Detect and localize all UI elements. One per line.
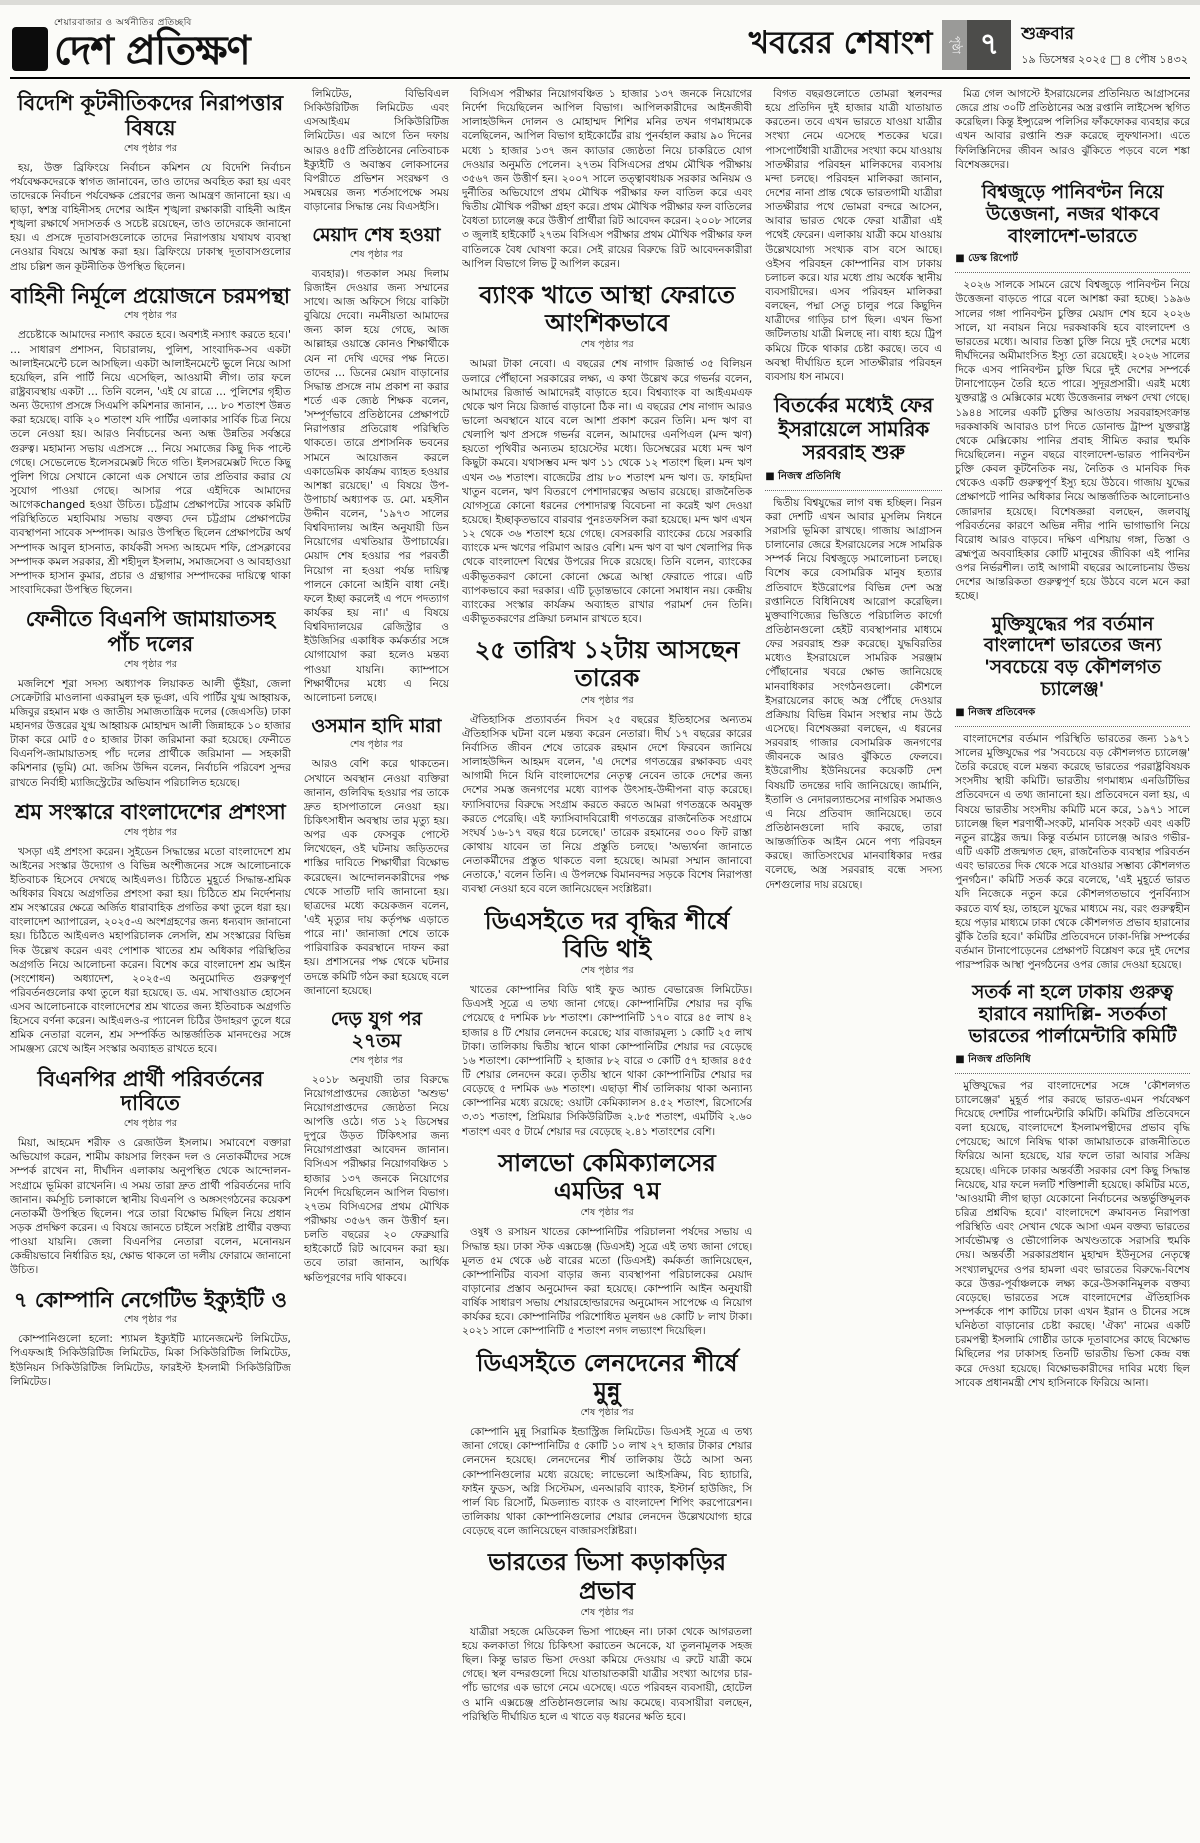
masthead-title: দেশ প্রতিক্ষণ: [54, 31, 250, 71]
article-headline: বিদেশি কূটনীতিকদের নিরাপত্তার বিষয়ে: [10, 91, 291, 141]
date-line: ১৯ ডিসেম্বর ২০২৫ □ ৪ পৌষ ১৪৩২: [1021, 51, 1188, 70]
article-headline: বিএনপির প্রার্থী পরিবর্তনের দাবিতে: [10, 1067, 291, 1117]
column-1: বিদেশি কূটনীতিকদের নিরাপত্তার বিষয়েশেষ …: [10, 87, 291, 1839]
article: ২৫ তারিখ ১২টায় আসছেন তারেকশেষ পৃষ্ঠার প…: [462, 636, 752, 896]
continued-from-note: শেষ পৃষ্ঠার পর: [304, 738, 449, 753]
article: বিদেশি কূটনীতিকদের নিরাপত্তার বিষয়েশেষ …: [10, 91, 291, 274]
article-body: বিগত বছরগুলোতে তোমরা স্থলবন্দর হয়ে প্রত…: [765, 87, 942, 384]
article-body: দ্বিতীয় বিশ্বযুদ্ধের লাগ বন্ধ হচ্ছিল। ন…: [765, 496, 942, 892]
byline: ■ নিজস্ব প্রতিবেদক: [955, 705, 1190, 722]
article-headline: ফেনীতে বিএনপি জামায়াতসহ পাঁচ দলের: [10, 607, 291, 657]
article: ভারতের ভিসা কড়াকড়ির প্রভাবশেষ পৃষ্ঠার …: [462, 1548, 752, 1724]
article-headline: ওসমান হাদি মারা: [304, 715, 449, 737]
article: ৭ কোম্পানি নেগেটিভ ইক্যুইটি ওশেষ পৃষ্ঠার…: [10, 1288, 291, 1389]
article-body: খাতের কোম্পানির বিডি থাই ফুড অ্যান্ড বেভ…: [462, 983, 752, 1139]
continued-from-note: শেষ পৃষ্ঠার পর: [462, 1406, 752, 1421]
article: ফেনীতে বিএনপি জামায়াতসহ পাঁচ দলেরশেষ পৃ…: [10, 607, 291, 790]
section-title: খবরের শেষাংশ: [749, 19, 933, 71]
column-3: বিসিএস পরীক্ষার নিয়োগবঞ্চিত ১ হাজার ১৩৭…: [462, 87, 752, 1839]
article-body: ২০১৮ অনুযায়ী তার বিরুদ্ধে নিয়োগপ্রাপ্ত…: [304, 1073, 449, 1285]
article-body: লিমিটেড, বিভিবিএল সিকিউরিটিজ লিমিটেড এবং…: [304, 87, 449, 214]
article-headline: বিশ্বজুড়ে পানিবণ্টন নিয়ে উত্তেজনা, নজর…: [955, 182, 1190, 247]
continued-from-note: শেষ পৃষ্ঠার পর: [10, 309, 291, 324]
article-headline: সতর্ক না হলে ঢাকায় গুরুত্ব হারাবে নয়াদ…: [955, 982, 1190, 1047]
article-body: বাংলাদেশের বর্তমান পরিস্থিতি ভারতের জন্য…: [955, 732, 1190, 972]
article-body: ঐতিহাসিক প্রত্যাবর্তন দিবস ২৫ বছরের ইতিহ…: [462, 713, 752, 897]
article-body: কোম্পানিগুলো হলো: শ্যামল ইক্যুইটি ম্যানে…: [10, 1332, 291, 1389]
article-headline: দেড় যুগ পর ২৭তম: [304, 1008, 449, 1053]
byline-divider: [955, 724, 1190, 727]
article: বিসিএস পরীক্ষার নিয়োগবঞ্চিত ১ হাজার ১৩৭…: [462, 87, 752, 271]
byline-divider: [955, 1071, 1190, 1074]
continued-from-note: শেষ পৃষ্ঠার পর: [10, 658, 291, 673]
article: ডিএসইতে দর বৃদ্ধির শীর্ষে বিডি থাইশেষ পৃ…: [462, 907, 752, 1139]
article: মেয়াদ শেষ হওয়াশেষ পৃষ্ঠার পরব্যবহার)। …: [304, 224, 449, 705]
article-body: ২০২৬ সালকে সামনে রেখে বিশ্বজুড়ে পানিবণ্…: [955, 278, 1190, 603]
article-headline: বিতর্কের মধ্যেই ফের ইসরায়েলে সামরিক সরব…: [765, 394, 942, 465]
article-headline: ডিএসইতে দর বৃদ্ধির শীর্ষে বিডি থাই: [462, 907, 752, 964]
continued-from-note: শেষ পৃষ্ঠার পর: [304, 1054, 449, 1069]
article-body: আমরা টাকা নেবো। এ বছরের শেষ নাগাদ রিজার্…: [462, 357, 752, 626]
byline: ■ নিজস্ব প্রতিনিধি: [955, 1052, 1190, 1069]
column-4: বিগত বছরগুলোতে তোমরা স্থলবন্দর হয়ে প্রত…: [765, 87, 942, 1839]
article-body: কোম্পানি মুন্নু সিরামিক ইন্ডাস্ট্রিজ লিম…: [462, 1425, 752, 1538]
article-body: মজলিশে শূরা সদস্য অধ্যাপক লিয়াকত আলী ভূ…: [10, 677, 291, 790]
continued-from-note: শেষ পৃষ্ঠার পর: [462, 964, 752, 979]
article: দেড় যুগ পর ২৭তমশেষ পৃষ্ঠার পর২০১৮ অনুযা…: [304, 1008, 449, 1285]
byline-divider: [765, 488, 942, 491]
article-body: যাত্রীরা সহজে মেডিকেল ভিসা পাচ্ছেন না। ঢ…: [462, 1625, 752, 1724]
article: মিত্র গেল আগস্টে ইসরায়েলের প্রতিনিয়ত আ…: [955, 87, 1190, 172]
article-body: আরও বেশি করে থাকতেন। সেখানে অবস্থান নেওয…: [304, 757, 449, 997]
masthead-logo-icon: [12, 27, 48, 71]
article-body: মিয়া, আহমেদ শরীফ ও রেজাউল ইসলাম। সমাবেশ…: [10, 1136, 291, 1277]
continued-from-note: শেষ পৃষ্ঠার পর: [304, 248, 449, 263]
article: বিতর্কের মধ্যেই ফের ইসরায়েলে সামরিক সরব…: [765, 394, 942, 892]
article: ওসমান হাদি মারাশেষ পৃষ্ঠার পরআরও বেশি কর…: [304, 715, 449, 998]
weekday-label: শুক্রবার: [1021, 21, 1188, 49]
page-number-box: পৃষ্ঠা ৭: [942, 20, 1011, 70]
byline-divider: [955, 270, 1190, 273]
continued-from-note: শেষ পৃষ্ঠার পর: [10, 826, 291, 841]
continued-from-note: শেষ পৃষ্ঠার পর: [462, 1206, 752, 1221]
masthead: শেয়ারবাজার ও অর্থনীতির প্রতিচ্ছবি দেশ প…: [12, 15, 250, 71]
article: ডিএসইতে লেনদেনের শীর্ষে মুন্নুশেষ পৃষ্ঠা…: [462, 1349, 752, 1539]
byline: ■ ডেস্ক রিপোর্ট: [955, 251, 1190, 268]
article-body: খসড়া এই প্রশংসা করেন। সুইডেন সিদ্ধান্তে…: [10, 845, 291, 1057]
article: ব্যাংক খাতে আস্থা ফেরাতে আংশিকভাবেশেষ পৃ…: [462, 281, 752, 626]
article-headline: ব্যাংক খাতে আস্থা ফেরাতে আংশিকভাবে: [462, 281, 752, 338]
article-body: মুক্তিযুদ্ধের পর বাংলাদেশের সঙ্গে 'কৌশলগ…: [955, 1079, 1190, 1390]
article: সালভো কেমিক্যালসের এমডির ৭মশেষ পৃষ্ঠার প…: [462, 1149, 752, 1339]
page-word-label: পৃষ্ঠা: [942, 20, 967, 70]
article-headline: ভারতের ভিসা কড়াকড়ির প্রভাব: [462, 1548, 752, 1605]
article: লিমিটেড, বিভিবিএল সিকিউরিটিজ লিমিটেড এবং…: [304, 87, 449, 214]
article-body: ব্যবহার)। গতকাল সময় দিলাম রিজাইন দেওয়া…: [304, 267, 449, 705]
article: শ্রম সংস্কারে বাংলাদেশের প্রশংসাশেষ পৃষ্…: [10, 800, 291, 1057]
article-headline: শ্রম সংস্কারে বাংলাদেশের প্রশংসা: [10, 800, 291, 825]
article-body: বিসিএস পরীক্ষার নিয়োগবঞ্চিত ১ হাজার ১৩৭…: [462, 87, 752, 271]
article: মুক্তিযুদ্ধের পর বর্তমান বাংলাদেশ ভারতের…: [955, 614, 1190, 973]
article-headline: মেয়াদ শেষ হওয়া: [304, 224, 449, 246]
continued-from-note: শেষ পৃষ্ঠার পর: [10, 142, 291, 157]
article-headline: ৭ কোম্পানি নেগেটিভ ইক্যুইটি ও: [10, 1288, 291, 1313]
article-body: মিত্র গেল আগস্টে ইসরায়েলের প্রতিনিয়ত আ…: [955, 87, 1190, 172]
article-headline: সালভো কেমিক্যালসের এমডির ৭ম: [462, 1149, 752, 1206]
continued-from-note: শেষ পৃষ্ঠার পর: [462, 338, 752, 353]
article-body: ওষুধ ও রসায়ন খাতের কোম্পানিটির পরিচালনা…: [462, 1225, 752, 1338]
article: সতর্ক না হলে ঢাকায় গুরুত্ব হারাবে নয়াদ…: [955, 982, 1190, 1390]
article-headline: ২৫ তারিখ ১২টায় আসছেন তারেক: [462, 636, 752, 693]
page-header: শেয়ারবাজার ও অর্থনীতির প্রতিচ্ছবি দেশ প…: [10, 11, 1190, 79]
article: বিশ্বজুড়ে পানিবণ্টন নিয়ে উত্তেজনা, নজর…: [955, 182, 1190, 604]
article: বাহিনী নির্মূলে প্রয়োজনে চরমপন্থাশেষ পৃ…: [10, 284, 291, 597]
continued-from-note: শেষ পৃষ্ঠার পর: [462, 1606, 752, 1621]
article-headline: মুক্তিযুদ্ধের পর বর্তমান বাংলাদেশ ভারতের…: [955, 614, 1190, 701]
newspaper-page: শেয়ারবাজার ও অর্থনীতির প্রতিচ্ছবি দেশ প…: [0, 5, 1200, 1839]
column-5: মিত্র গেল আগস্টে ইসরায়েলের প্রতিনিয়ত আ…: [955, 87, 1190, 1839]
article-headline: ডিএসইতে লেনদেনের শীর্ষে মুন্নু: [462, 1349, 752, 1406]
article-body: প্রচেষ্টাকে আমাদের নস্যাৎ করতে হবে। অবশ্…: [10, 328, 291, 597]
column-2: লিমিটেড, বিভিবিএল সিকিউরিটিজ লিমিটেড এবং…: [304, 87, 449, 1839]
article-headline: বাহিনী নির্মূলে প্রয়োজনে চরমপন্থা: [10, 284, 291, 309]
article-body: হয়, উক্ত ব্রিফিংয়ে নির্বাচন কমিশন যে ব…: [10, 161, 291, 274]
continued-from-note: শেষ পৃষ্ঠার পর: [10, 1117, 291, 1132]
article: বিএনপির প্রার্থী পরিবর্তনের দাবিতেশেষ পৃ…: [10, 1067, 291, 1278]
page-number: ৭: [967, 20, 1011, 70]
day-date-block: শুক্রবার ১৯ ডিসেম্বর ২০২৫ □ ৪ পৌষ ১৪৩২: [1021, 21, 1188, 70]
continued-from-note: শেষ পৃষ্ঠার পর: [462, 694, 752, 709]
header-right: খবরের শেষাংশ পৃষ্ঠা ৭ শুক্রবার ১৯ ডিসেম্…: [749, 19, 1188, 71]
columns-container: বিদেশি কূটনীতিকদের নিরাপত্তার বিষয়েশেষ …: [10, 79, 1190, 1839]
continued-from-note: শেষ পৃষ্ঠার পর: [10, 1313, 291, 1328]
byline: ■ নিজস্ব প্রতিনিধি: [765, 469, 942, 486]
article: বিগত বছরগুলোতে তোমরা স্থলবন্দর হয়ে প্রত…: [765, 87, 942, 384]
